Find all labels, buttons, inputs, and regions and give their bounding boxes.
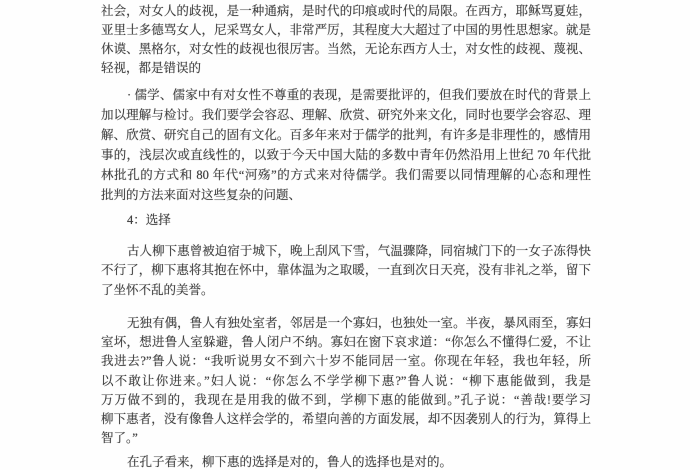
text-line: 加以理解与检讨。我们要学会容忍、理解、欣赏、研究外来文化，同时也要学会容忍、理 <box>101 105 591 125</box>
text-line: 解、欣赏、研究自己的固有文化。百多年来对于儒学的批判，有许多是非理性的，感情用 <box>101 125 591 145</box>
heading-line: 4：选择 <box>101 211 591 230</box>
text-line: 亚里士多德骂女人，尼采骂女人，非常严厉，其程度大大超过了中国的男性思想家。就是 <box>101 21 591 40</box>
text-line-with-bullet: · 儒学、儒家中有对女性不尊重的表现，是需要批评的，但我们要放在时代的背景上 <box>101 85 591 105</box>
text-line: 万万做不到的，我现在是用我的做不到，学柳下惠的能做到。”孔子说：“善哉!要学习 <box>101 391 591 410</box>
text-line: 在孔子看来，柳下惠的选择是对的，鲁人的选择也是对的。 <box>101 453 591 470</box>
text-line: 事的，浅层次或直线性的，以致于今天中国大陆的多数中青年仍然沿用上世纪 70 年代… <box>101 145 591 165</box>
paragraph-confucius-conclusion: 在孔子看来，柳下惠的选择是对的，鲁人的选择也是对的。 <box>101 453 591 470</box>
text-line: 不行了，柳下惠将其抱在怀中，靠体温为之取暖，一直到次日天亮，没有非礼之举，留下 <box>101 261 591 280</box>
paragraph-lu-man-story: 无独有偶，鲁人有独处室者，邻居是一个寡妇，也独处一室。半夜，暴风雨至，寡妇 室坏… <box>101 314 591 448</box>
text-block: 社会，对女人的歧视，是一种通病，是时代的印痕或时代的局限。在西方，耶稣骂夏娃， … <box>101 0 591 470</box>
text-line: 我进去?”鲁人说：“我听说男女不到六十岁不能同居一室。你现在年轻，我也年轻，所 <box>101 352 591 371</box>
paragraph-confucian-criticism: · 儒学、儒家中有对女性不尊重的表现，是需要批评的，但我们要放在时代的背景上 加… <box>101 85 591 205</box>
text-line: 休谟、黑格尔，对女性的歧视也很厉害。当然，无论东西方人士，对女性的歧视、蔑视、 <box>101 40 591 59</box>
document-page: 社会，对女人的歧视，是一种通病，是时代的印痕或时代的局限。在西方，耶稣骂夏娃， … <box>0 0 700 470</box>
text-line: 批判的方法来面对这些复杂的问题、 <box>101 185 591 205</box>
text-line: 轻视，都是错误的 <box>101 59 591 78</box>
paragraph-liuxiahui-story: 古人柳下惠曾被迫宿于城下，晚上刮风下雪，气温骤降，同宿城门下的一女子冻得快 不行… <box>101 242 591 300</box>
text-line: 无独有偶，鲁人有独处室者，邻居是一个寡妇，也独处一室。半夜，暴风雨至，寡妇 <box>101 314 591 333</box>
paragraph-discrimination: 社会，对女人的歧视，是一种通病，是时代的印痕或时代的局限。在西方，耶稣骂夏娃， … <box>101 2 591 78</box>
text-line: 林批孔的方式和 80 年代“河殇”的方式来对待儒学。我们需要以同情理解的心态和理… <box>101 165 591 185</box>
text-line: 社会，对女人的歧视，是一种通病，是时代的印痕或时代的局限。在西方，耶稣骂夏娃， <box>101 2 591 21</box>
text-line: 室坏，想进鲁人室躲避，鲁人闭户不纳。寡妇在窗下哀求道：“你怎么不懂得仁爱，不让 <box>101 333 591 352</box>
text-line: 古人柳下惠曾被迫宿于城下，晚上刮风下雪，气温骤降，同宿城门下的一女子冻得快 <box>101 242 591 261</box>
text-line: 了坐怀不乱的美誉。 <box>101 281 591 300</box>
text-line: 智了。” <box>101 429 591 448</box>
section-heading-choice: 4：选择 <box>101 211 591 230</box>
text-line: 柳下惠者，没有像鲁人这样会学的，希望向善的方面发展，却不因袭别人的行为，算得上 <box>101 410 591 429</box>
text-line: 以不敢让你进来。”妇人说：“你怎么不学学柳下惠?”鲁人说：“柳下惠能做到，我是 <box>101 372 591 391</box>
